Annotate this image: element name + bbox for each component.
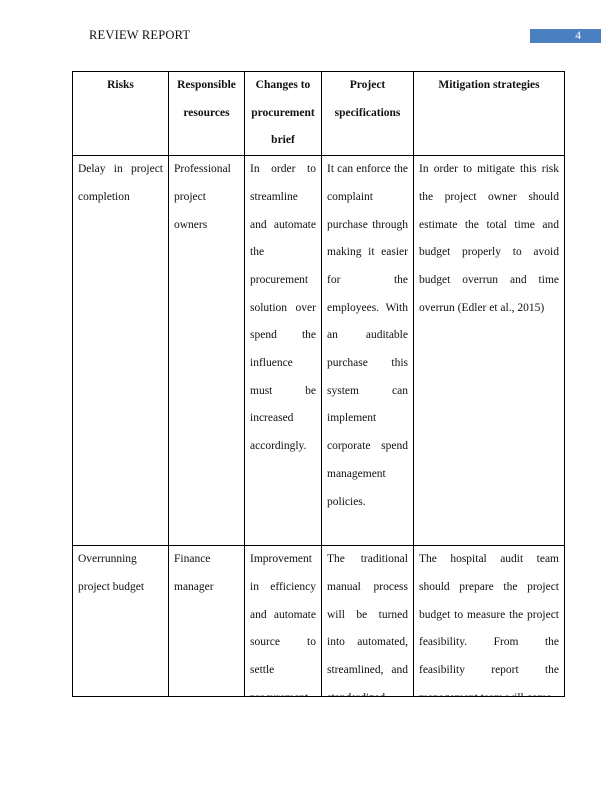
page-number-badge: 4 <box>530 29 601 43</box>
cell-risk: Delay in project completion <box>73 156 169 546</box>
cell-risk: Overrunning project budget <box>73 546 169 697</box>
cell-mitigation: The hospital audit team should prepare t… <box>414 546 565 697</box>
cell-changes: In order to streamline and automate the … <box>245 156 322 546</box>
table-header-row: Risks Responsible resources Changes to p… <box>73 72 565 156</box>
column-header-risks: Risks <box>73 72 169 156</box>
table-row: Overrunning project budget Finance manag… <box>73 546 565 697</box>
column-header-changes: Changes to procurement brief <box>245 72 322 156</box>
cell-mitigation: In order to mitigate this risk the proje… <box>414 156 565 546</box>
cell-changes: Improvement in efficiency and automate s… <box>245 546 322 697</box>
cell-responsible: Professional project owners <box>169 156 245 546</box>
column-header-specifications: Project specifications <box>322 72 414 156</box>
running-header: REVIEW REPORT <box>89 28 190 43</box>
cell-specifications: The traditional manual process will be t… <box>322 546 414 697</box>
table-row: Delay in project completion Professional… <box>73 156 565 546</box>
cell-specifications: It can enforce the complaint purchase th… <box>322 156 414 546</box>
risk-table: Risks Responsible resources Changes to p… <box>72 71 565 697</box>
column-header-mitigation: Mitigation strategies <box>414 72 565 156</box>
cell-responsible: Finance manager <box>169 546 245 697</box>
column-header-responsible: Responsible resources <box>169 72 245 156</box>
